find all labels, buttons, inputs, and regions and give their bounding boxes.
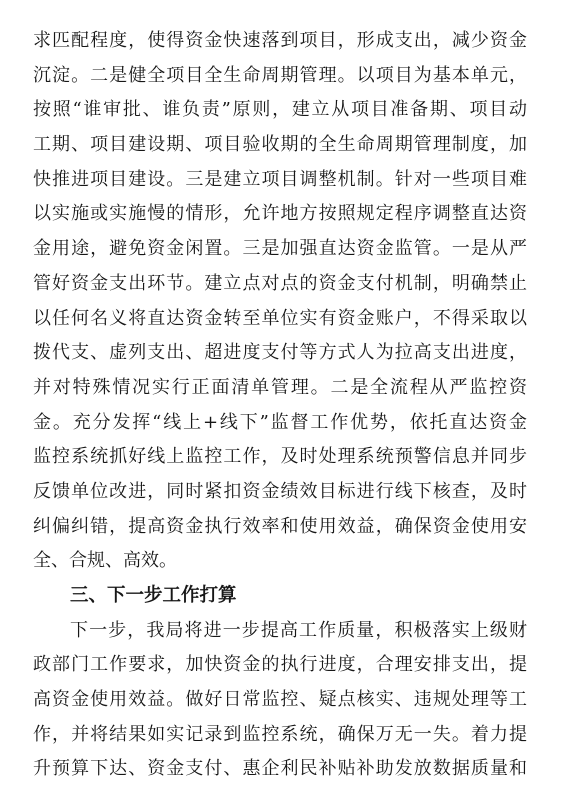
document-page: 求匹配程度，使得资金快速落到项目，形成支出，减少资金 沉淀。二是健全项目全生命周… (0, 0, 561, 801)
text-line: 升预算下达、资金支付、惠企利民补贴补助发放数据质量和 (33, 752, 527, 787)
text-line: 纠偏纠错，提高资金执行效率和使用效益，确保资金使用安 (33, 510, 527, 545)
text-line: 下一步，我局将进一步提高工作质量，积极落实上级财 (33, 614, 527, 649)
text-line: 全、合规、高效。 (33, 544, 527, 579)
text-line: 管好资金支出环节。建立点对点的资金支付机制，明确禁止 (33, 267, 527, 302)
document-body: 求匹配程度，使得资金快速落到项目，形成支出，减少资金 沉淀。二是健全项目全生命周… (33, 24, 527, 787)
text-line: 按照“谁审批、谁负责”原则，建立从项目准备期、项目动 (33, 93, 527, 128)
text-line: 金。充分发挥“线上+线下”监督工作优势，依托直达资金 (33, 406, 527, 441)
text-line: 反馈单位改进，同时紧扣资金绩效目标进行线下核查，及时 (33, 475, 527, 510)
text-line: 高资金使用效益。做好日常监控、疑点核实、违规处理等工 (33, 683, 527, 718)
text-line: 以实施或实施慢的情形，允许地方按照规定程序调整直达资 (33, 197, 527, 232)
text-line: 工期、项目建设期、项目验收期的全生命周期管理制度，加 (33, 128, 527, 163)
text-line: 监控系统抓好线上监控工作，及时处理系统预警信息并同步 (33, 440, 527, 475)
text-line: 求匹配程度，使得资金快速落到项目，形成支出，减少资金 (33, 24, 527, 59)
text-line: 快推进项目建设。三是建立项目调整机制。针对一些项目难 (33, 163, 527, 198)
text-line: 金用途，避免资金闲置。三是加强直达资金监管。一是从严 (33, 232, 527, 267)
text-line: 作，并将结果如实记录到监控系统，确保万无一失。着力提 (33, 718, 527, 753)
text-line: 拨代支、虚列支出、超进度支付等方式人为拉高支出进度， (33, 336, 527, 371)
text-line: 并对特殊情况实行正面清单管理。二是全流程从严监控资 (33, 371, 527, 406)
text-line: 以任何名义将直达资金转至单位实有资金账户，不得采取以 (33, 302, 527, 337)
section-heading: 三、下一步工作打算 (33, 579, 527, 614)
text-line: 沉淀。二是健全项目全生命周期管理。以项目为基本单元， (33, 59, 527, 94)
text-line: 政部门工作要求，加快资金的执行进度，合理安排支出，提 (33, 648, 527, 683)
